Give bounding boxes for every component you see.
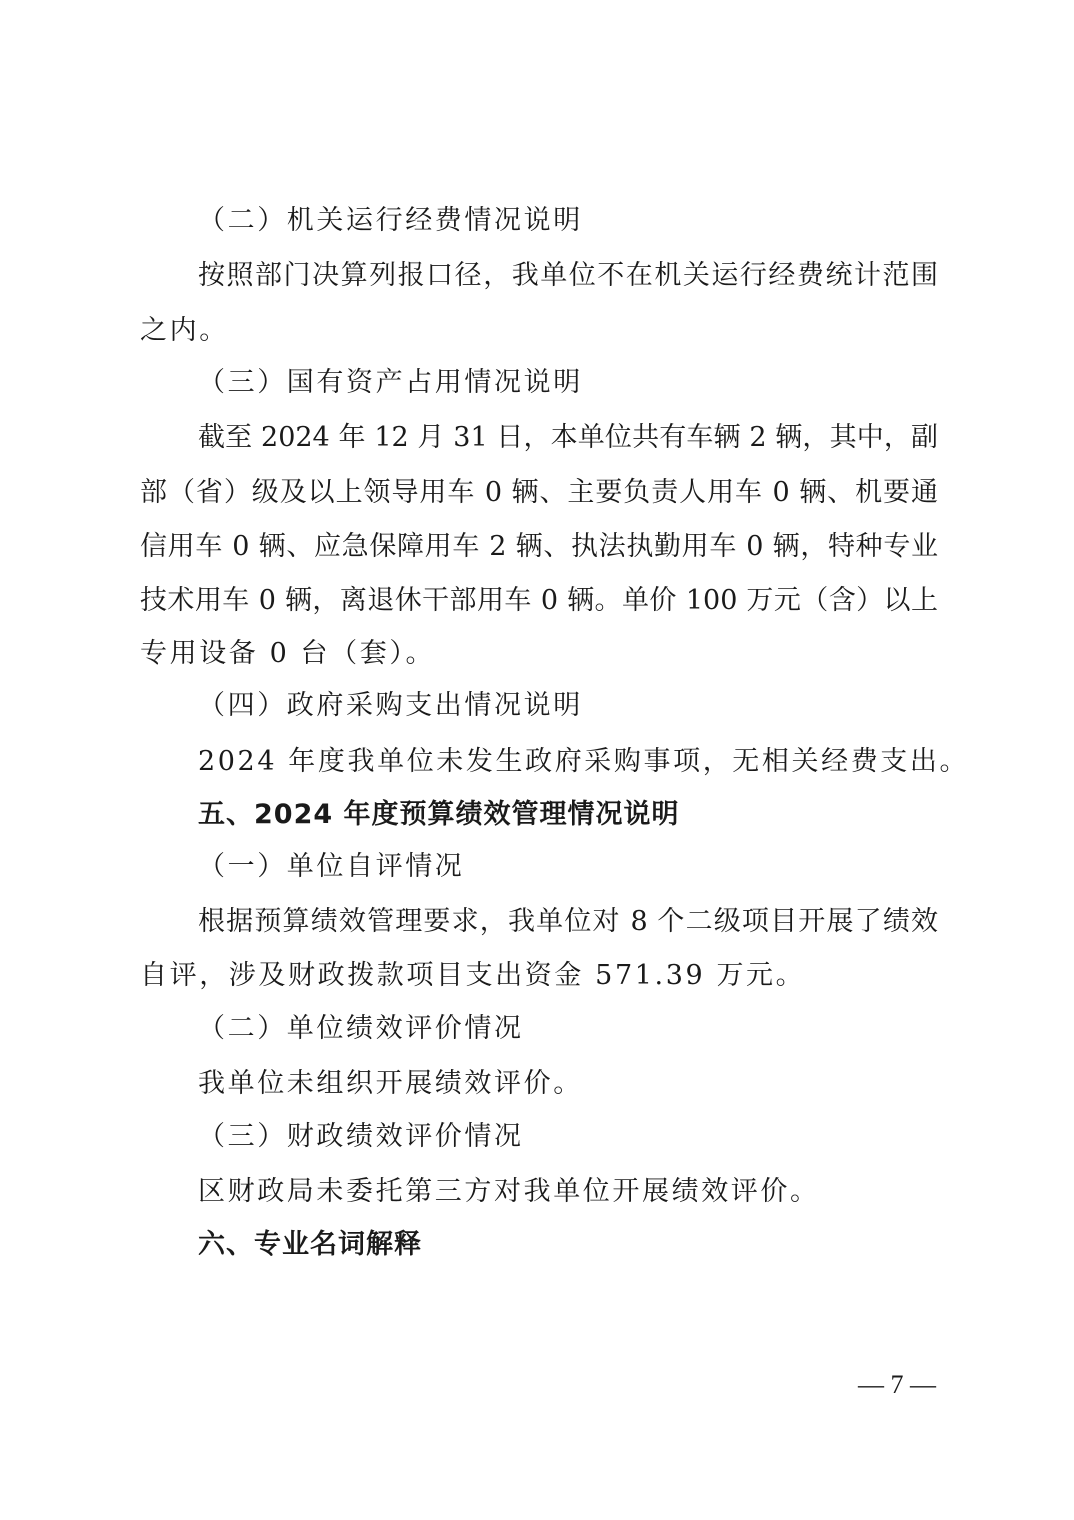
section-heading-performance-management: 五、2024 年度预算绩效管理情况说明 [198, 797, 998, 833]
paragraph-line: 专用设备 0 台（套）。 [140, 636, 940, 672]
paragraph-line: 自评，涉及财政拨款项目支出资金 571.39 万元。 [140, 958, 940, 994]
paragraph-line: 根据预算绩效管理要求，我单位对 8 个二级项目开展了绩效 [198, 904, 938, 940]
paragraph-line: 截至 2024 年 12 月 31 日，本单位共有车辆 2 辆，其中，副 [198, 420, 938, 456]
section-heading-state-assets: （三）国有资产占用情况说明 [198, 365, 998, 401]
page-number: — 7 — [858, 1368, 936, 1402]
section-heading-fiscal-evaluation: （三）财政绩效评价情况 [198, 1119, 998, 1155]
paragraph-line: 我单位未组织开展绩效评价。 [198, 1066, 998, 1102]
paragraph-line: 之内。 [140, 313, 940, 349]
paragraph-line: 信用车 0 辆、应急保障用车 2 辆、执法执勤用车 0 辆，特种专业 [140, 529, 938, 565]
paragraph-line: 2024 年度我单位未发生政府采购事项，无相关经费支出。 [198, 744, 998, 780]
paragraph-line: 技术用车 0 辆，离退休干部用车 0 辆。单价 100 万元（含）以上 [140, 583, 938, 619]
document-page: （二）机关运行经费情况说明 按照部门决算列报口径，我单位不在机关运行经费统计范围… [0, 0, 1074, 1520]
paragraph-line: 按照部门决算列报口径，我单位不在机关运行经费统计范围 [198, 258, 938, 294]
section-heading-terminology: 六、专业名词解释 [198, 1227, 998, 1263]
paragraph-line: 部（省）级及以上领导用车 0 辆、主要负责人用车 0 辆、机要通 [140, 475, 938, 511]
section-heading-unit-evaluation: （二）单位绩效评价情况 [198, 1011, 998, 1047]
section-heading-procurement: （四）政府采购支出情况说明 [198, 688, 998, 724]
section-heading-operating-expenses: （二）机关运行经费情况说明 [198, 203, 998, 239]
paragraph-line: 区财政局未委托第三方对我单位开展绩效评价。 [198, 1174, 998, 1210]
section-heading-self-evaluation: （一）单位自评情况 [198, 849, 998, 885]
